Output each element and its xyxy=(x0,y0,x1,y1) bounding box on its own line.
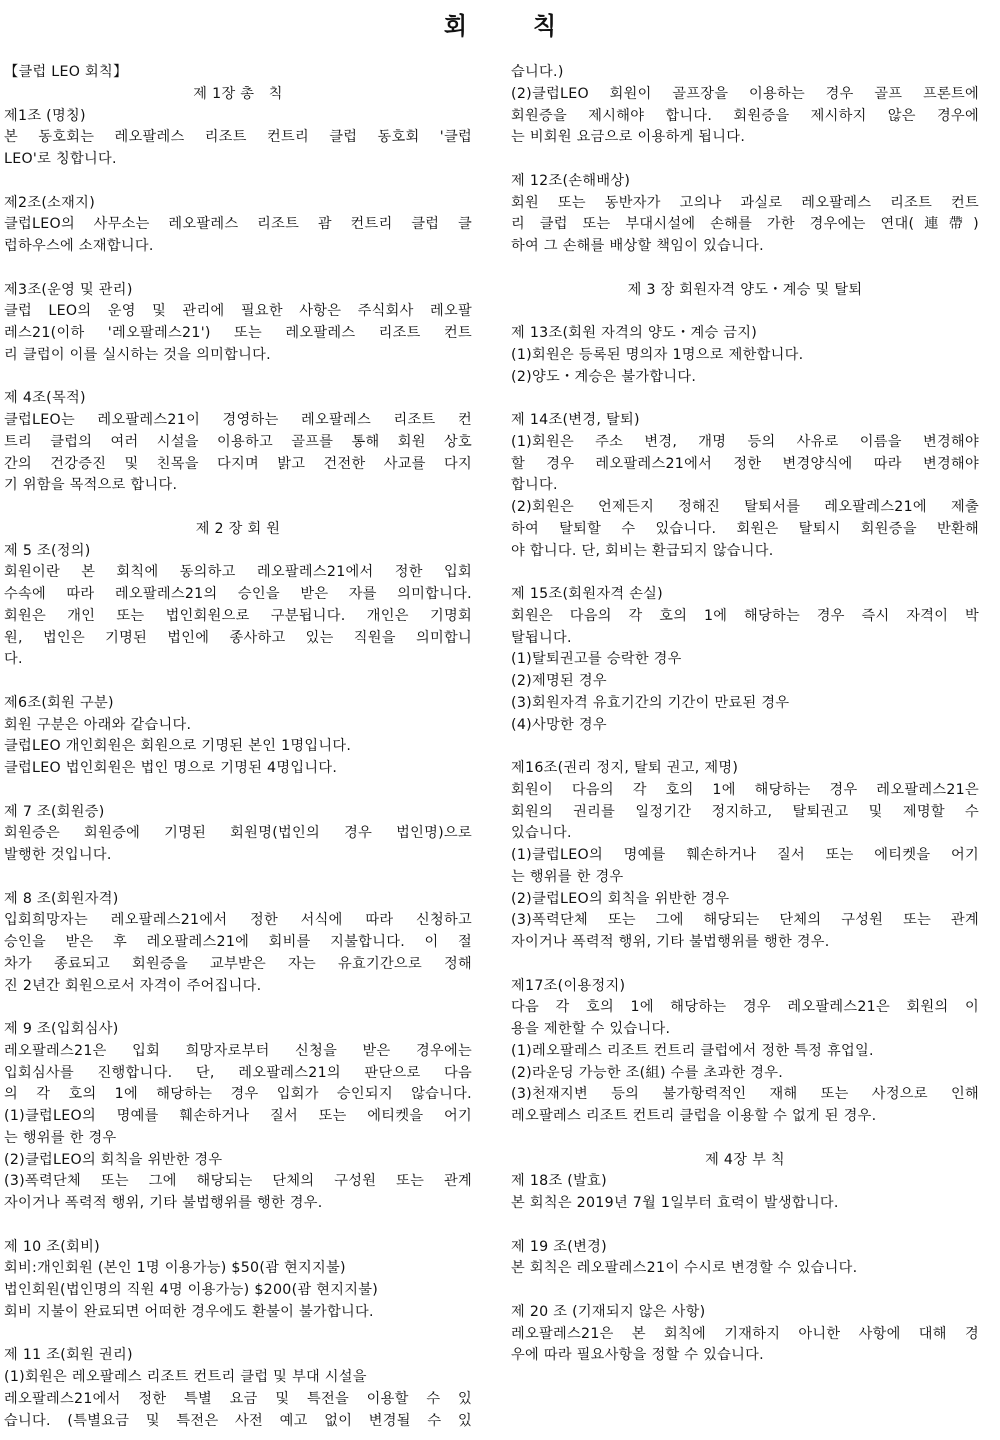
chapter-heading: 제 4장 부 칙 xyxy=(511,1150,979,1172)
body-line: (1)레오팔레스 리조트 컨트리 클럽에서 정한 특정 휴업일. xyxy=(511,1041,979,1063)
blank-line xyxy=(511,258,979,280)
body-line: (3)폭력단체 또는 그에 해당되는 단체의 구성원 또는 관계 xyxy=(511,910,979,932)
body-line: 의 각 호의 1에 해당하는 경우 입회가 승인되지 않습니다. xyxy=(4,1084,472,1106)
body-line: 용을 제한할 수 있습니다. xyxy=(511,1019,979,1041)
body-line: (1)회원은 주소 변경, 개명 등의 사유로 이름을 변경해야 xyxy=(511,432,979,454)
body-line: 본 동호회는 레오팔레스 리조트 컨트리 클럽 동호회 '클럽 xyxy=(4,127,472,149)
article-heading: 제2조(소재지) xyxy=(4,193,472,215)
left-column: 【클럽 LEO 회칙】제 1장 총 칙제1조 (명칭)본 동호회는 레오팔레스 … xyxy=(4,62,472,1432)
body-line: 는 행위를 한 경우 xyxy=(511,867,979,889)
title-char-2: 칙 xyxy=(533,6,556,41)
body-line: (4)사망한 경우 xyxy=(511,715,979,737)
article-heading: 제17조(이용정지) xyxy=(511,976,979,998)
body-line: 탈됩니다. xyxy=(511,628,979,650)
body-line: 진 2년간 회원으로서 자격이 주어집니다. xyxy=(4,976,472,998)
blank-line xyxy=(511,736,979,758)
body-line: 간의 건강증진 및 친목을 다지며 밝고 건전한 사교를 다지 xyxy=(4,454,472,476)
blank-line xyxy=(4,780,472,802)
blank-line xyxy=(511,388,979,410)
blank-line xyxy=(4,497,472,519)
body-line: 회원이란 본 회칙에 동의하고 레오팔레스21에서 정한 입회 xyxy=(4,562,472,584)
body-line: 럽하우스에 소재합니다. xyxy=(4,236,472,258)
article-heading: 제 20 조 (기재되지 않은 사항) xyxy=(511,1302,979,1324)
body-line: (1)클럽LEO의 명예를 훼손하거나 질서 또는 에티켓을 어기 xyxy=(511,845,979,867)
body-line: 리 클럽이 이를 실시하는 것을 의미합니다. xyxy=(4,345,472,367)
body-line: (1)회원은 레오팔레스 리조트 컨트리 클럽 및 부대 시설을 xyxy=(4,1367,472,1389)
article-heading: 제 12조(손해배상) xyxy=(511,171,979,193)
chapter-heading: 제 3 장 회원자격 양도・계승 및 탈퇴 xyxy=(511,280,979,302)
blank-line xyxy=(4,867,472,889)
blank-line xyxy=(511,562,979,584)
article-heading: 제 11 조(회원 권리) xyxy=(4,1345,472,1367)
blank-line xyxy=(4,258,472,280)
body-line: 레오팔레스 리조트 컨트리 클럽을 이용할 수 없게 된 경우. xyxy=(511,1106,979,1128)
body-line: 회원이 다음의 각 호의 1에 해당하는 경우 레오팔레스21은 xyxy=(511,780,979,802)
body-line: 다음 각 호의 1에 해당하는 경우 레오팔레스21은 회원의 이 xyxy=(511,997,979,1019)
body-line: 할 경우 레오팔레스21에서 정한 변경양식에 따라 변경해야 xyxy=(511,454,979,476)
body-line: 클럽LEO 개인회원은 회원으로 기명된 본인 1명입니다. xyxy=(4,736,472,758)
article-heading: 제 4조(목적) xyxy=(4,388,472,410)
article-heading: 제3조(운영 및 관리) xyxy=(4,280,472,302)
blank-line xyxy=(511,1128,979,1150)
article-heading: 제 18조 (발효) xyxy=(511,1171,979,1193)
body-line: 우에 따라 필요사항을 정할 수 있습니다. xyxy=(511,1345,979,1367)
body-line: 발행한 것입니다. xyxy=(4,845,472,867)
blank-line xyxy=(4,671,472,693)
body-line: 입회희망자는 레오팔레스21에서 정한 서식에 따라 신청하고 xyxy=(4,910,472,932)
body-line: 본 회칙은 레오팔레스21이 수시로 변경할 수 있습니다. xyxy=(511,1258,979,1280)
body-line: 자이거나 폭력적 행위, 기타 불법행위를 행한 경우. xyxy=(511,932,979,954)
chapter-heading: 제 2 장 회 원 xyxy=(4,519,472,541)
body-line: 트리 클럽의 여러 시설을 이용하고 골프를 통해 회원 상호 xyxy=(4,432,472,454)
blank-line xyxy=(4,367,472,389)
body-line: 회원은 다음의 각 호의 1에 해당하는 경우 즉시 자격이 박 xyxy=(511,606,979,628)
blank-line xyxy=(4,1215,472,1237)
body-line: (1)회원은 등록된 명의자 1명으로 제한합니다. xyxy=(511,345,979,367)
article-heading: 제1조 (명칭) xyxy=(4,106,472,128)
blank-line xyxy=(511,1215,979,1237)
article-heading: 제 5 조(정의) xyxy=(4,541,472,563)
body-line: (2)회원은 언제든지 정해진 탈퇴서를 레오팔레스21에 제출 xyxy=(511,497,979,519)
body-line: (3)천재지변 등의 불가항력적인 재해 또는 사정으로 인해 xyxy=(511,1084,979,1106)
article-heading: 제 15조(회원자격 손실) xyxy=(511,584,979,606)
body-line: (3)회원자격 유효기간의 기간이 만료된 경우 xyxy=(511,693,979,715)
body-line: 다. xyxy=(4,649,472,671)
body-line: 야 합니다. 단, 회비는 환급되지 않습니다. xyxy=(511,541,979,563)
body-line: 회원 구분은 아래와 같습니다. xyxy=(4,715,472,737)
body-line: 있습니다. xyxy=(511,823,979,845)
body-line: (3)폭력단체 또는 그에 해당되는 단체의 구성원 또는 관계 xyxy=(4,1171,472,1193)
body-line: 회원증을 제시해야 합니다. 회원증을 제시하지 않은 경우에 xyxy=(511,106,979,128)
body-line: 기 위함을 목적으로 합니다. xyxy=(4,475,472,497)
body-line: 리 클럽 또는 부대시설에 손해를 가한 경우에는 연대(連帶) xyxy=(511,214,979,236)
article-heading: 제 7 조(회원증) xyxy=(4,802,472,824)
body-line: 본 회칙은 2019년 7월 1일부터 효력이 발생합니다. xyxy=(511,1193,979,1215)
body-line: (2)제명된 경우 xyxy=(511,671,979,693)
right-column: 습니다.)(2)클럽LEO 회원이 골프장을 이용하는 경우 골프 프론트에회원… xyxy=(511,62,979,1367)
body-line: 회비 지불이 완료되면 어떠한 경우에도 환불이 불가합니다. xyxy=(4,1302,472,1324)
body-line: 는 행위를 한 경우 xyxy=(4,1128,472,1150)
blank-line xyxy=(4,1324,472,1346)
body-line: 자이거나 폭력적 행위, 기타 불법행위를 행한 경우. xyxy=(4,1193,472,1215)
body-line: 원, 법인은 기명된 법인에 종사하고 있는 직원을 의미합니 xyxy=(4,628,472,650)
article-heading: 제 10 조(회비) xyxy=(4,1237,472,1259)
blank-line xyxy=(511,954,979,976)
article-heading: 제 13조(회원 자격의 양도・계승 금지) xyxy=(511,323,979,345)
body-line: 회원증은 회원증에 기명된 회원명(법인의 경우 법인명)으로 xyxy=(4,823,472,845)
body-line: 합니다. xyxy=(511,475,979,497)
body-line: 회원은 개인 또는 법인회원으로 구분됩니다. 개인은 기명회 xyxy=(4,606,472,628)
body-line: 습니다.) xyxy=(511,62,979,84)
body-line: 레오팔레스21은 본 회칙에 기재하지 아니한 사항에 대해 경 xyxy=(511,1324,979,1346)
chapter-heading: 제 1장 총 칙 xyxy=(4,84,472,106)
article-heading: 제16조(권리 정지, 탈퇴 권고, 제명) xyxy=(511,758,979,780)
body-line: (2)라운딩 가능한 조(組) 수를 초과한 경우. xyxy=(511,1063,979,1085)
body-line: 법인회원(법인명의 직원 4명 이용가능) $200(괌 현지지불) xyxy=(4,1280,472,1302)
body-line: 회원의 권리를 일정기간 정지하고, 탈퇴권고 및 제명할 수 xyxy=(511,802,979,824)
body-line: 클럽 LEO의 운영 및 관리에 필요한 사항은 주식회사 레오팔 xyxy=(4,301,472,323)
body-line: 레스21(이하 '레오팔레스21') 또는 레오팔레스 리조트 컨트 xyxy=(4,323,472,345)
body-line: (2)클럽LEO의 회칙을 위반한 경우 xyxy=(4,1150,472,1172)
body-line: 클럽LEO는 레오팔레스21이 경영하는 레오팔레스 리조트 컨 xyxy=(4,410,472,432)
body-line: (2)클럽LEO의 회칙을 위반한 경우 xyxy=(511,889,979,911)
body-line: 회원 또는 동반자가 고의나 과실로 레오팔레스 리조트 컨트 xyxy=(511,193,979,215)
blank-line xyxy=(4,171,472,193)
body-line: 입회심사를 진행합니다. 단, 레오팔레스21의 판단으로 다음 xyxy=(4,1063,472,1085)
body-line: 클럽LEO 법인회원은 법인 명으로 기명된 4명입니다. xyxy=(4,758,472,780)
article-heading: 제 8 조(회원자격) xyxy=(4,889,472,911)
document-heading: 【클럽 LEO 회칙】 xyxy=(4,62,472,84)
body-line: (2)양도・계승은 불가합니다. xyxy=(511,367,979,389)
blank-line xyxy=(511,301,979,323)
body-line: 하여 그 손해를 배상할 책임이 있습니다. xyxy=(511,236,979,258)
body-line: 는 비회원 요금으로 이용하게 됩니다. xyxy=(511,127,979,149)
article-heading: 제 14조(변경, 탈퇴) xyxy=(511,410,979,432)
title-char-1: 회 xyxy=(444,6,467,41)
body-line: 회비:개인회원 (본인 1명 이용가능) $50(괌 현지지불) xyxy=(4,1258,472,1280)
body-line: 수속에 따라 레오팔레스21의 승인을 받은 자를 의미합니다. xyxy=(4,584,472,606)
document-title: 회칙 xyxy=(0,6,1000,41)
body-line: (1)클럽LEO의 명예를 훼손하거나 질서 또는 에티켓을 어기 xyxy=(4,1106,472,1128)
body-line: (1)탈퇴권고를 승락한 경우 xyxy=(511,649,979,671)
body-line: 습니다. (특별요금 및 특전은 사전 예고 없이 변경될 수 있 xyxy=(4,1411,472,1433)
body-line: (2)클럽LEO 회원이 골프장을 이용하는 경우 골프 프론트에 xyxy=(511,84,979,106)
body-line: 클럽LEO의 사무소는 레오팔레스 리조트 괌 컨트리 클럽 클 xyxy=(4,214,472,236)
article-heading: 제 19 조(변경) xyxy=(511,1237,979,1259)
body-line: 차가 종료되고 회원증을 교부받은 자는 유효기간으로 정해 xyxy=(4,954,472,976)
blank-line xyxy=(511,149,979,171)
body-line: 레오팔레스21은 입회 희망자로부터 신청을 받은 경우에는 xyxy=(4,1041,472,1063)
body-line: 하여 탈퇴할 수 있습니다. 회원은 탈퇴시 회원증을 반환해 xyxy=(511,519,979,541)
blank-line xyxy=(511,1280,979,1302)
blank-line xyxy=(4,997,472,1019)
article-heading: 제 9 조(입회심사) xyxy=(4,1019,472,1041)
body-line: 레오팔레스21에서 정한 특별 요금 및 특전을 이용할 수 있 xyxy=(4,1389,472,1411)
article-heading: 제6조(회원 구분) xyxy=(4,693,472,715)
body-line: LEO'로 칭합니다. xyxy=(4,149,472,171)
body-line: 승인을 받은 후 레오팔레스21에 회비를 지불합니다. 이 절 xyxy=(4,932,472,954)
